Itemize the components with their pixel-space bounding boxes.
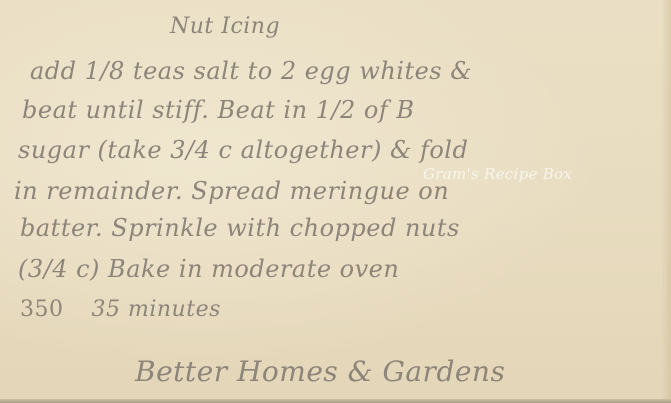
recipe-source: Better Homes & Gardens (135, 355, 505, 388)
recipe-line-6: (3/4 c) Bake in moderate oven (18, 255, 399, 283)
recipe-line-5: batter. Sprinkle with chopped nuts (20, 214, 460, 242)
recipe-line-3: sugar (take 3/4 c altogether) & fold (18, 136, 468, 164)
recipe-line-1: add 1/8 teas salt to 2 egg whites & (30, 57, 472, 85)
recipe-line-2: beat until stiff. Beat in 1/2 of B (22, 96, 415, 124)
oven-temperature: 350 (20, 297, 64, 322)
bake-settings: 35035 minutes (20, 297, 221, 322)
recipe-title: Nut Icing (170, 14, 280, 39)
card-edge-shadow (661, 0, 671, 403)
recipe-card: Nut Icing add 1/8 teas salt to 2 egg whi… (0, 0, 671, 403)
watermark: Gram's Recipe Box (423, 165, 572, 183)
bake-time: 35 minutes (92, 297, 221, 322)
recipe-line-4: in remainder. Spread meringue on (14, 177, 449, 205)
